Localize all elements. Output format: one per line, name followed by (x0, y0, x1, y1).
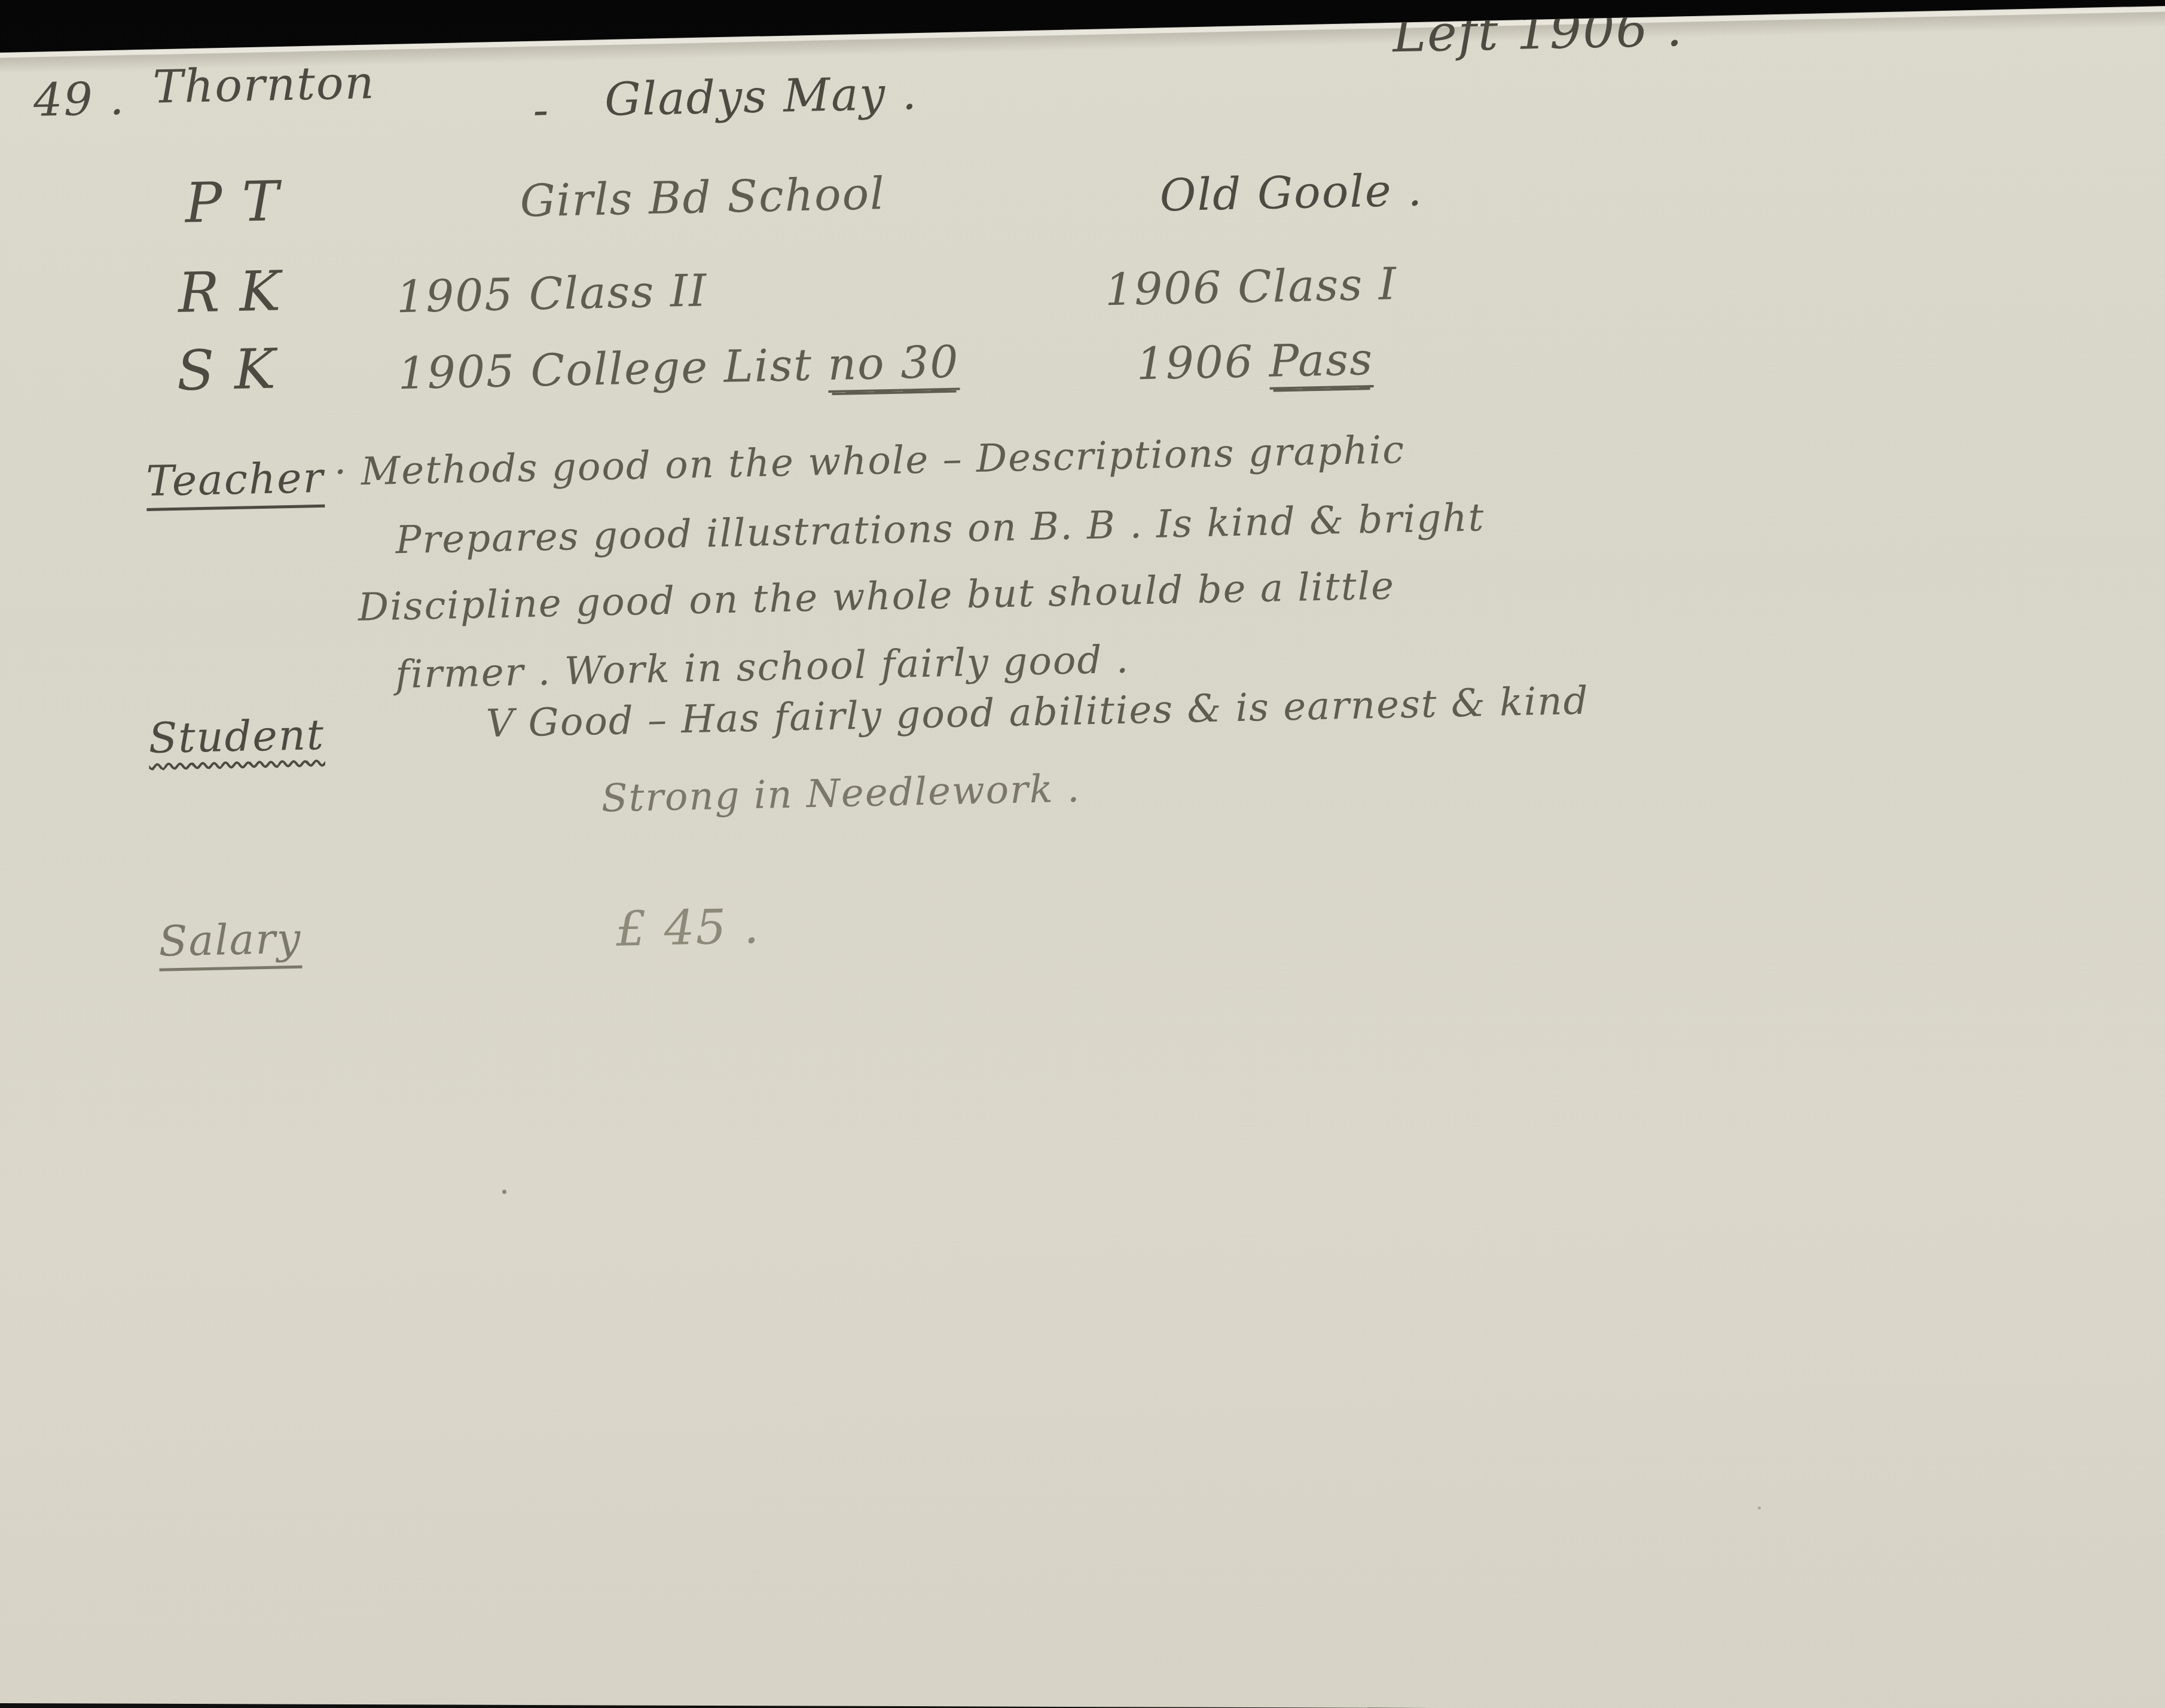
pt-place: Old Goole . (1159, 168, 1423, 218)
teacher-section-label: Teacher (146, 457, 325, 511)
rk-1906-result: 1906 Class I (1104, 262, 1397, 312)
teacher-report-line3: Discipline good on the whole but should … (358, 567, 1395, 627)
surname: Thornton (152, 60, 375, 110)
rk-row-label: R K (178, 264, 282, 321)
name-separator: - (533, 87, 550, 133)
teacher-report-line1: · Methods good on the whole – Descriptio… (334, 431, 1405, 491)
student-report-line2: Strong in Needlework . (601, 769, 1081, 818)
sk-1906-pass: Pass (1269, 337, 1374, 390)
card-number: 49 . (33, 76, 126, 123)
student-section-label: Student (148, 714, 325, 759)
pt-school: Girls Bd School (520, 172, 886, 224)
forenames: Gladys May . (604, 71, 918, 123)
record-card: Left 1906 . 49 . Thornton - Gladys May .… (0, 0, 2165, 1708)
pt-row-label: P T (185, 174, 280, 231)
sk-row-label: S K (176, 341, 277, 398)
teacher-report-line4: firmer . Work in school fairly good . (395, 641, 1130, 695)
handwriting-layer: Left 1906 . 49 . Thornton - Gladys May .… (0, 0, 2165, 1707)
salary-amount: £ 45 . (615, 903, 761, 954)
sk-1905-list-number: no 30 (827, 340, 960, 393)
scan-background: Left 1906 . 49 . Thornton - Gladys May .… (0, 0, 2165, 1708)
salary-section-label: Salary (158, 918, 303, 971)
sk-1905-result: 1905 College List no 30 (398, 340, 960, 402)
left-year-note: Left 1906 . (1392, 3, 1684, 59)
sk-1905-text: 1905 College List (398, 339, 829, 399)
teacher-report-line2: Prepares good illustrations on B. B . Is… (395, 499, 1485, 560)
sk-1906-year: 1906 (1136, 336, 1270, 390)
sk-1906-result: 1906 Pass (1136, 337, 1374, 392)
rk-1905-result: 1905 Class II (396, 268, 708, 319)
